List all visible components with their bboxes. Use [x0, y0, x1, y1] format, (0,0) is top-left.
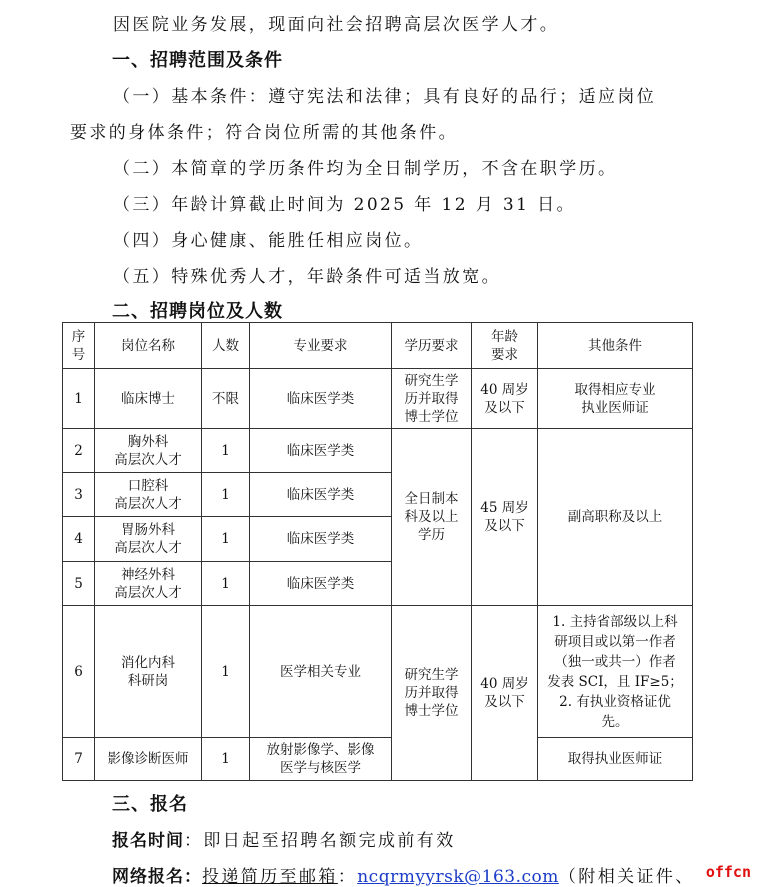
cell-other: 取得相应专业 执业医师证 — [538, 369, 693, 429]
cell-position: 胸外科 高层次人才 — [95, 429, 202, 473]
section2-heading: 二、招聘岗位及人数 — [112, 297, 283, 323]
table-row: 7 影像诊断医师 1 放射影像学、影像 医学与核医学 取得执业医师证 — [63, 738, 693, 781]
cell-count: 1 — [202, 517, 250, 562]
condition-1b: 要求的身体条件；符合岗位所需的其他条件。 — [70, 118, 458, 143]
cell-age-merged: 40 周岁 及以下 — [472, 606, 538, 781]
email-link[interactable]: ncqrmyyrsk@163.com — [357, 867, 559, 887]
cell-education-merged: 研究生学 历并取得 博士学位 — [392, 606, 472, 781]
cell-other: 1. 主持省部级以上科 研项目或以第一作者 （独一或共一）作者 发表 SCI，且… — [538, 606, 693, 738]
cell-no: 3 — [63, 473, 95, 517]
cell-count: 1 — [202, 738, 250, 781]
cell-age: 40 周岁 及以下 — [472, 369, 538, 429]
section3-heading: 三、报名 — [112, 790, 188, 816]
colon: ： — [338, 867, 357, 887]
cell-major: 临床医学类 — [250, 473, 392, 517]
cell-count: 1 — [202, 606, 250, 738]
cell-major: 临床医学类 — [250, 562, 392, 606]
cell-age-merged: 45 周岁 及以下 — [472, 429, 538, 606]
header-no: 序 号 — [63, 323, 95, 369]
cell-position: 影像诊断医师 — [95, 738, 202, 781]
cell-count: 1 — [202, 429, 250, 473]
intro-line: 因医院业务发展，现面向社会招聘高层次医学人才。 — [113, 10, 559, 35]
condition-5: （五）特殊优秀人才，年龄条件可适当放宽。 — [113, 262, 501, 287]
registration-time-label: 报名时间 — [112, 831, 184, 851]
table-row: 6 消化内科 科研岗 1 医学相关专业 研究生学 历并取得 博士学位 40 周岁… — [63, 606, 693, 738]
header-other: 其他条件 — [538, 323, 693, 369]
table-row: 2 胸外科 高层次人才 1 临床医学类 全日制本 科及以上 学历 45 周岁 及… — [63, 429, 693, 473]
online-registration: 网络报名：投递简历至邮箱：ncqrmyyrsk@163.com（附相关证件、 — [112, 862, 695, 887]
cell-other-merged: 副高职称及以上 — [538, 429, 693, 606]
cell-count: 1 — [202, 562, 250, 606]
condition-1a: （一）基本条件：遵守宪法和法律；具有良好的品行；适应岗位 — [113, 82, 656, 107]
condition-4: （四）身心健康、能胜任相应岗位。 — [113, 226, 423, 251]
cell-count: 不限 — [202, 369, 250, 429]
positions-table: 序 号 岗位名称 人数 专业要求 学历要求 年龄 要求 其他条件 1 临床博士 … — [62, 322, 693, 781]
table-row: 1 临床博士 不限 临床医学类 研究生学 历并取得 博士学位 40 周岁 及以下… — [63, 369, 693, 429]
cell-major: 放射影像学、影像 医学与核医学 — [250, 738, 392, 781]
cell-count: 1 — [202, 473, 250, 517]
colon: ： — [184, 867, 202, 887]
cell-major: 临床医学类 — [250, 517, 392, 562]
cell-position: 口腔科 高层次人才 — [95, 473, 202, 517]
cell-no: 1 — [63, 369, 95, 429]
header-count: 人数 — [202, 323, 250, 369]
condition-3: （三）年龄计算截止时间为 2025 年 12 月 31 日。 — [113, 190, 576, 215]
registration-time-value: ：即日起至招聘名额完成前有效 — [184, 831, 456, 851]
cell-major: 临床医学类 — [250, 369, 392, 429]
online-registration-text: 投递简历至邮箱 — [202, 867, 338, 887]
cell-other: 取得执业医师证 — [538, 738, 693, 781]
cell-no: 7 — [63, 738, 95, 781]
cell-no: 6 — [63, 606, 95, 738]
header-position: 岗位名称 — [95, 323, 202, 369]
cell-education-merged: 全日制本 科及以上 学历 — [392, 429, 472, 606]
cell-position: 消化内科 科研岗 — [95, 606, 202, 738]
online-registration-suffix: （附相关证件、 — [559, 867, 695, 887]
cell-education: 研究生学 历并取得 博士学位 — [392, 369, 472, 429]
cell-no: 4 — [63, 517, 95, 562]
header-major: 专业要求 — [250, 323, 392, 369]
watermark-logo: offcn — [706, 863, 751, 881]
condition-2: （二）本简章的学历条件均为全日制学历，不含在职学历。 — [113, 154, 617, 179]
online-registration-label: 网络报名 — [112, 867, 184, 887]
cell-major: 医学相关专业 — [250, 606, 392, 738]
cell-position: 胃肠外科 高层次人才 — [95, 517, 202, 562]
cell-no: 2 — [63, 429, 95, 473]
header-education: 学历要求 — [392, 323, 472, 369]
registration-time: 报名时间：即日起至招聘名额完成前有效 — [112, 826, 456, 851]
table-header-row: 序 号 岗位名称 人数 专业要求 学历要求 年龄 要求 其他条件 — [63, 323, 693, 369]
cell-position: 神经外科 高层次人才 — [95, 562, 202, 606]
section1-heading: 一、招聘范围及条件 — [112, 46, 283, 72]
cell-no: 5 — [63, 562, 95, 606]
header-age: 年龄 要求 — [472, 323, 538, 369]
cell-position: 临床博士 — [95, 369, 202, 429]
cell-major: 临床医学类 — [250, 429, 392, 473]
